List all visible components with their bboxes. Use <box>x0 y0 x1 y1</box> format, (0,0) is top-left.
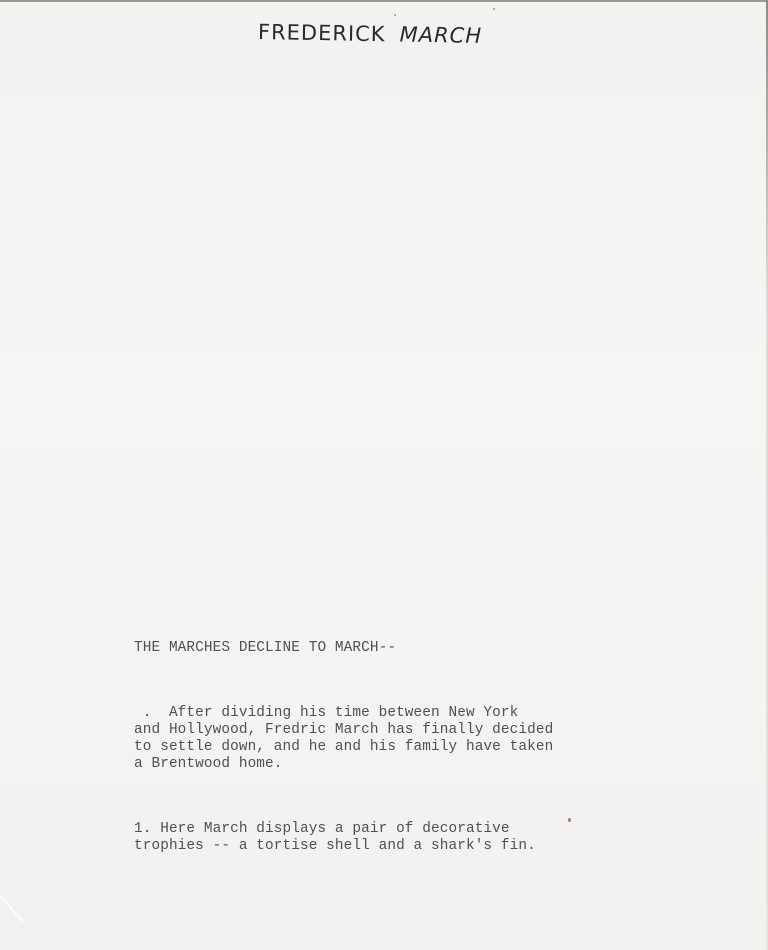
caption-heading: THE MARCHES DECLINE TO MARCH-- <box>134 640 553 657</box>
dust-mark <box>493 8 495 10</box>
paper-speck <box>568 818 571 822</box>
typed-caption: THE MARCHES DECLINE TO MARCH-- . After d… <box>134 606 553 903</box>
handwritten-name-label: FREDERICKMARCH <box>258 20 483 48</box>
dust-mark <box>394 14 396 16</box>
photo-back-page: FREDERICKMARCH THE MARCHES DECLINE TO MA… <box>0 0 768 950</box>
caption-item-1: 1. Here March displays a pair of decorat… <box>134 821 553 855</box>
caption-line: a Brentwood home. <box>134 756 283 772</box>
corner-crease <box>0 895 23 922</box>
top-edge <box>0 0 768 2</box>
handwritten-last-name: MARCH <box>399 22 482 47</box>
handwritten-first-name: FREDERICK <box>258 20 386 46</box>
caption-line: 1. Here March displays a pair of decorat… <box>134 821 510 837</box>
caption-line: trophies -- a tortise shell and a shark'… <box>134 838 536 854</box>
caption-line: and Hollywood, Fredric March has finally… <box>134 722 553 738</box>
caption-line: to settle down, and he and his family ha… <box>134 739 553 755</box>
caption-intro: . After dividing his time between New Yo… <box>134 705 553 773</box>
caption-line: . After dividing his time between New Yo… <box>134 705 518 721</box>
